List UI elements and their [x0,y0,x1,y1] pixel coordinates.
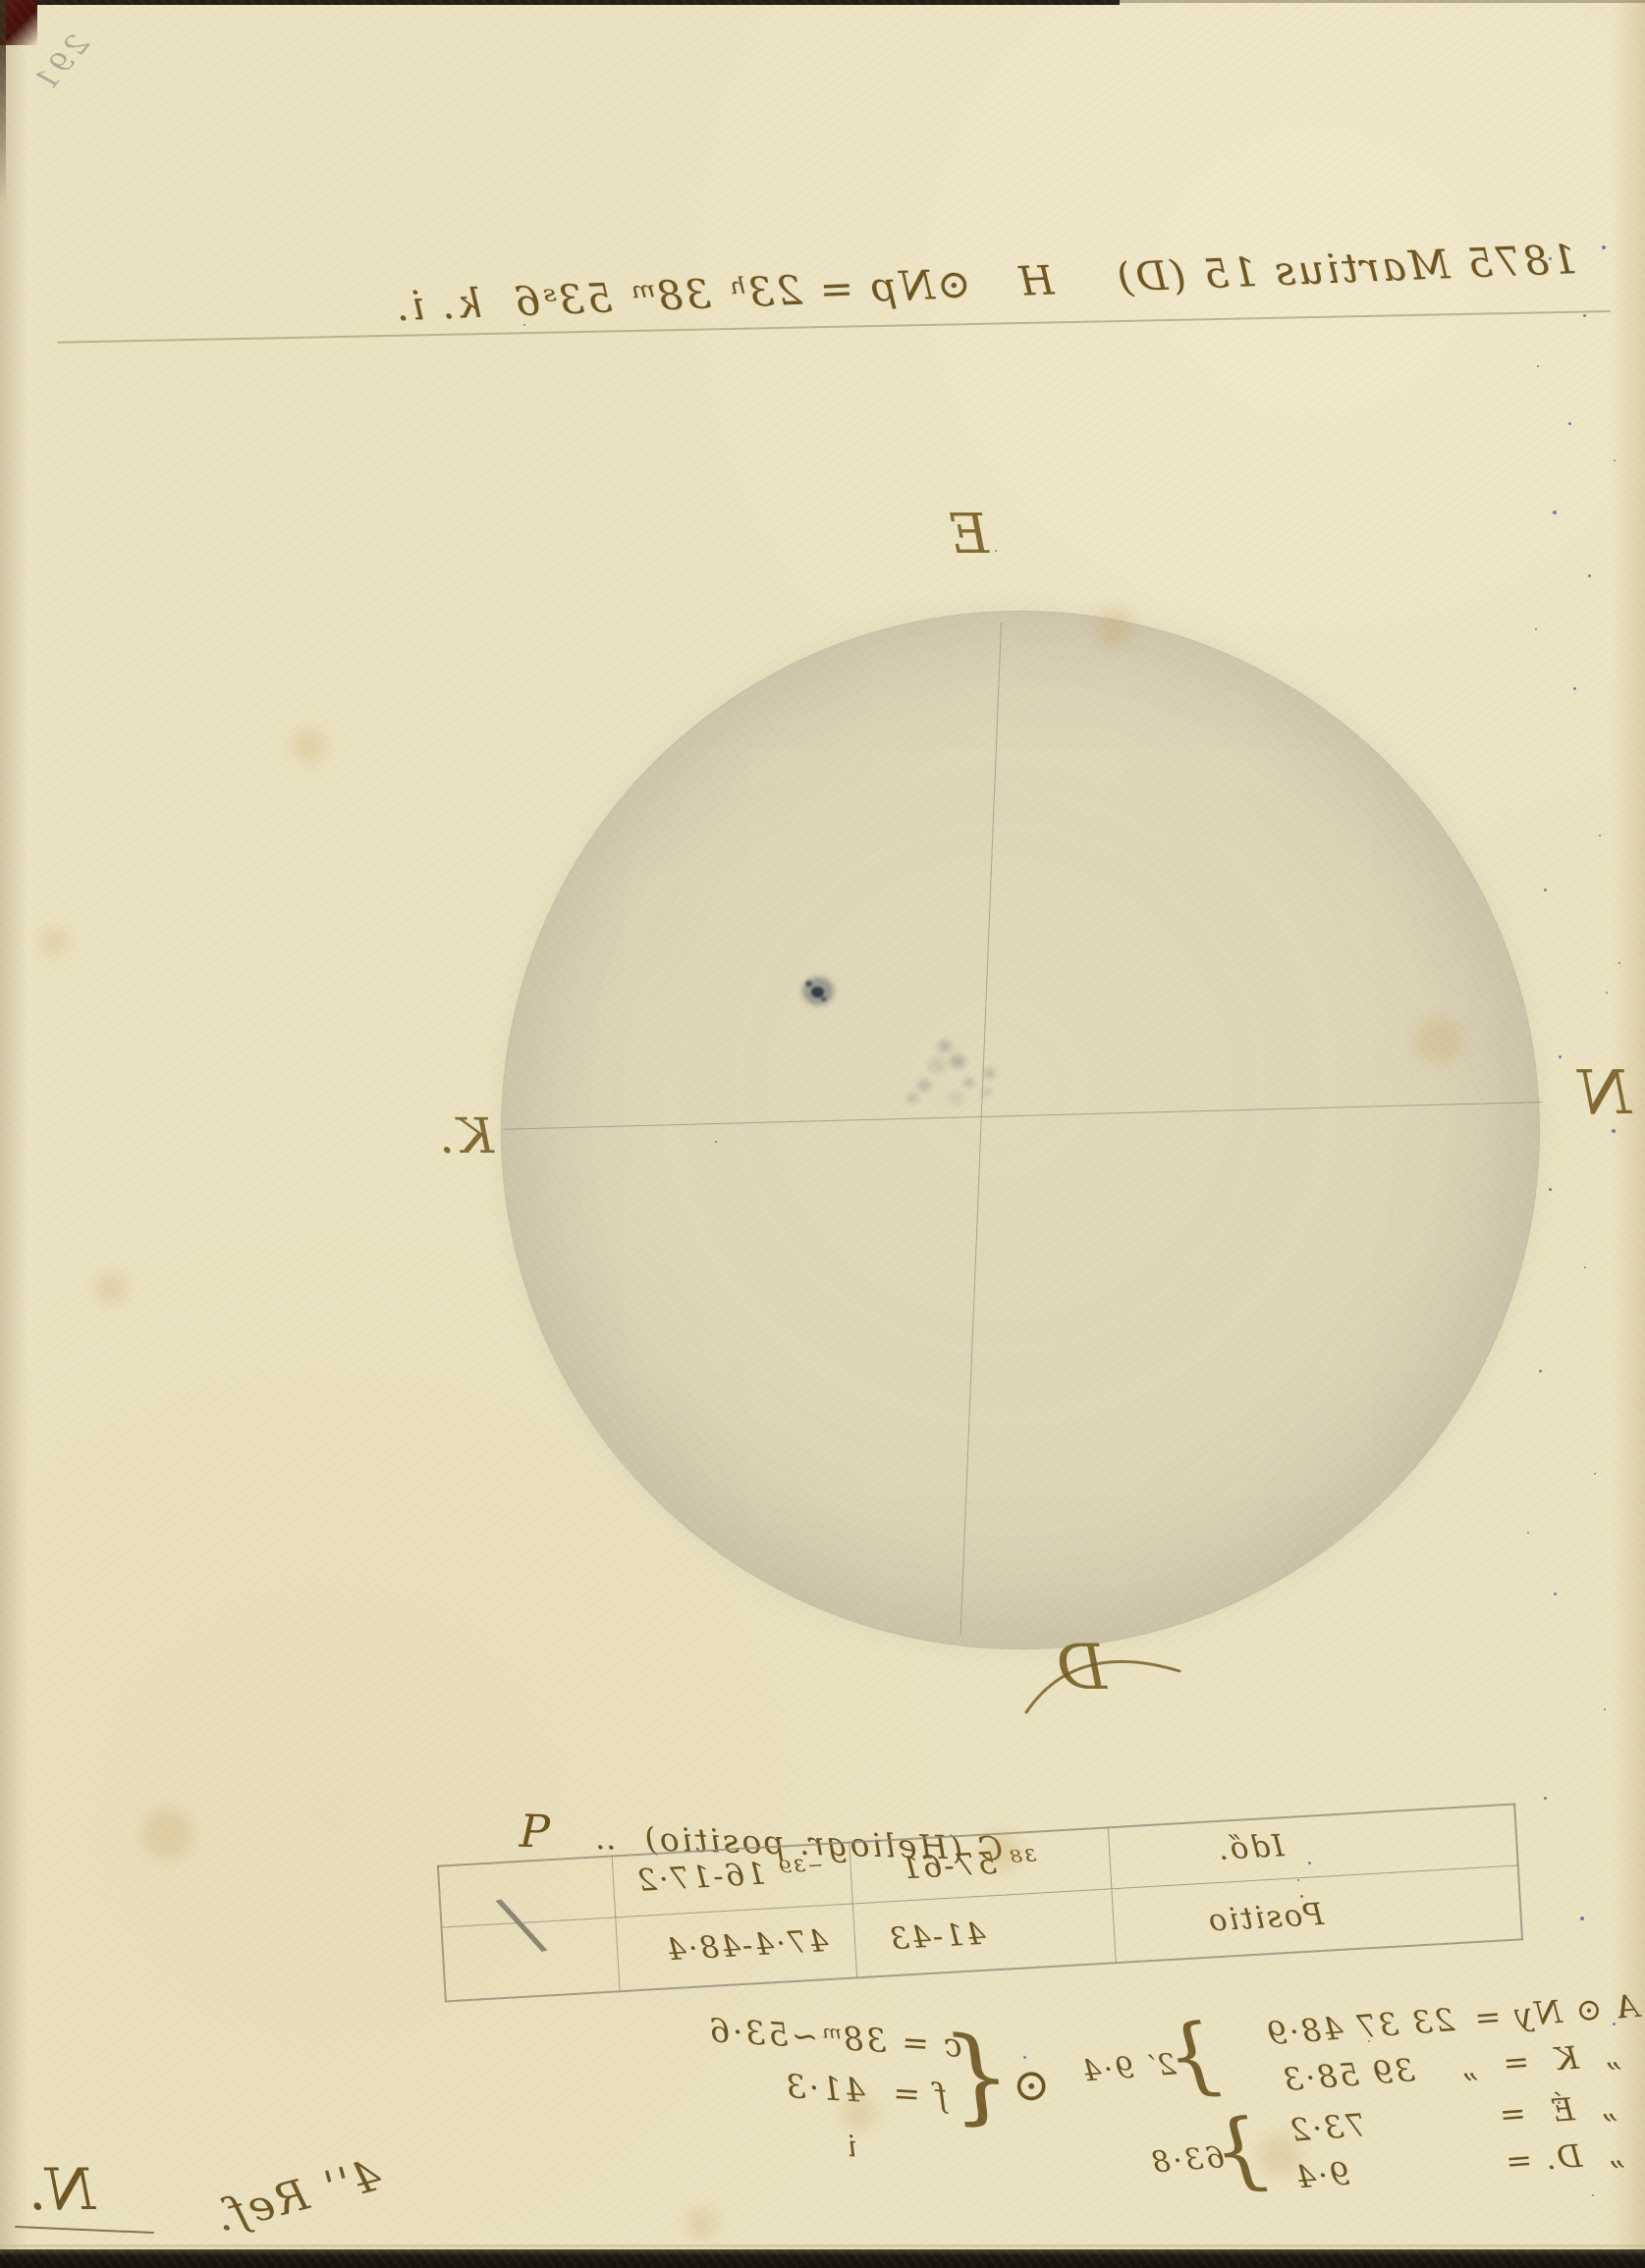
red-speck [1368,2040,1370,2042]
ink-speck [1614,459,1616,461]
ink-speck [1537,365,1539,367]
sunspot [927,1056,947,1074]
limb-d-label: „ D. = [1503,2134,1625,2181]
solar-disk-drawing [501,611,1540,1649]
ink-speck [1527,1532,1529,1534]
ink-speck [1568,422,1571,425]
header-rule-line [57,310,1611,343]
ink-speck [1558,2101,1561,2104]
ink-speck [1535,628,1537,630]
limb-k-value: 39 58·3 [1280,2051,1416,2098]
foxing-stain [141,1809,192,1860]
scan-edge-top-light [1120,0,1645,3]
foxing-stain [1095,609,1134,648]
sunspot [917,1079,931,1092]
foxing-stain [842,2095,877,2131]
ink-speck [1539,1370,1542,1373]
date-title-line: 1875 Martius 15 (D) H ⊙Np = 23ʰ 38ᵐ 53ˢ6… [393,236,1578,330]
limb-ny-value: 23 37 48·9 [1264,2001,1455,2052]
ink-speck [1308,1862,1311,1864]
center-time-row: c = 38ᵐ~53·6 [706,2011,963,2065]
page-edge-shade-right [0,0,27,2268]
time-range-cell-2: ⁻³⁹ 16-17·2 [634,1853,825,1899]
ink-speck [715,1141,717,1143]
sunspot [906,1093,918,1104]
table-divider-col3 [611,1855,620,1991]
direction-label-right: K. [437,1107,494,1164]
scan-edge-bottom-dark [0,2249,1645,2268]
ink-speck [1580,1917,1584,1920]
limb-ny-label: A ⊙ Ny = [1471,1987,1640,2037]
sunspot [984,1068,996,1079]
ink-speck [1549,257,1552,260]
ink-speck [1606,992,1608,994]
direction-label-top: E [947,503,989,567]
limb-e-value: 73·2 [1287,2106,1367,2149]
direction-label-left: N [1575,1056,1631,1128]
ink-speck [1594,1473,1596,1475]
foxing-stain [686,2208,718,2240]
observer-initial: N. [27,2156,95,2223]
duration-diff-1: 2′ 9·4 [1078,2047,1178,2088]
ink-speck [1573,687,1576,690]
ink-speck [1612,1129,1616,1133]
foxing-stain [982,1832,1021,1871]
ink-speck [1544,1797,1547,1800]
ink-speck [1554,1593,1557,1595]
page-bottom-edge-line [0,2244,1645,2247]
ink-speck [1602,245,1606,249]
ink-speck [1613,2023,1616,2025]
ink-speck [1604,1708,1606,1710]
center-transit-calculation: ⊙ { c = 38ᵐ~53·6 f = 41·3 i [674,2009,997,2175]
sunspot [938,1040,952,1053]
table-divider-col1 [1107,1826,1116,1963]
ink-speck [1588,574,1591,577]
c-label: c = [886,2022,963,2065]
d-label-flourish [1007,1626,1223,1734]
stray-ink-mark: i [844,2130,857,2165]
positio-range-cell-1: 41-43 [887,1917,986,1958]
table-border-right [437,1865,446,2002]
ink-speck [1583,314,1586,317]
ink-speck [1549,1188,1552,1191]
ink-speck [523,324,525,326]
observation-sheet-mirrored: 291 1875 Martius 15 (D) H ⊙Np = 23ʰ 38ᵐ … [0,0,1645,2268]
c-value: 38ᵐ~53·6 [706,2011,888,2060]
limb-contact-times-block: A ⊙ Ny = 23 37 48·9 „ K = „ 39 58·3 „ É … [1089,1987,1645,2224]
caption-p-symbol: P [519,1805,553,1859]
table-row-label-positio: Positio [1206,1897,1325,1939]
ink-speck [1023,2056,1026,2059]
scan-edge-top-dark [0,0,1120,5]
instrument-note: 4'' Ref. [208,2150,386,2242]
f-label: f = [864,2072,949,2115]
ink-speck [1592,2194,1594,2196]
ink-speck [1553,511,1557,514]
table-border-left [1514,1803,1523,1939]
duration-diff-2: 63·8 [1148,2140,1226,2181]
caption-dots: ‥ [584,1818,617,1858]
binding-edge-sliver [0,0,6,206]
table-row-label-time: Idő. [1216,1828,1286,1867]
limb-k-label: „ K = „ [1457,2036,1621,2085]
ink-speck [1559,1055,1562,1058]
ink-speck [995,550,997,552]
ink-speck [1599,835,1601,837]
positio-range-cell-2: 47·4-48·4 [664,1923,829,1969]
red-speck [1300,1895,1303,1898]
foxing-stain [40,929,68,956]
table-divider-col2 [849,1842,857,1978]
limb-e-label: „ É = [1496,2087,1618,2133]
foxing-stain [1258,2133,1301,2177]
foxing-stain [292,729,327,764]
foxing-stain [95,1272,127,1304]
ink-speck [1297,1879,1299,1881]
sun-symbol: ⊙ [1009,2057,1052,2112]
initial-underline-stroke [15,2226,154,2234]
ink-speck [1584,1267,1586,1269]
sunspot [982,1088,992,1097]
limb-d-value: 9·4 [1292,2155,1351,2196]
page-edge-shade-left [1612,0,1645,2268]
ink-speck [1544,889,1547,891]
scanned-page-stage: 291 1875 Martius 15 (D) H ⊙Np = 23ʰ 38ᵐ … [0,0,1645,2268]
foxing-stain [1415,1017,1462,1064]
ink-speck [1618,962,1620,964]
